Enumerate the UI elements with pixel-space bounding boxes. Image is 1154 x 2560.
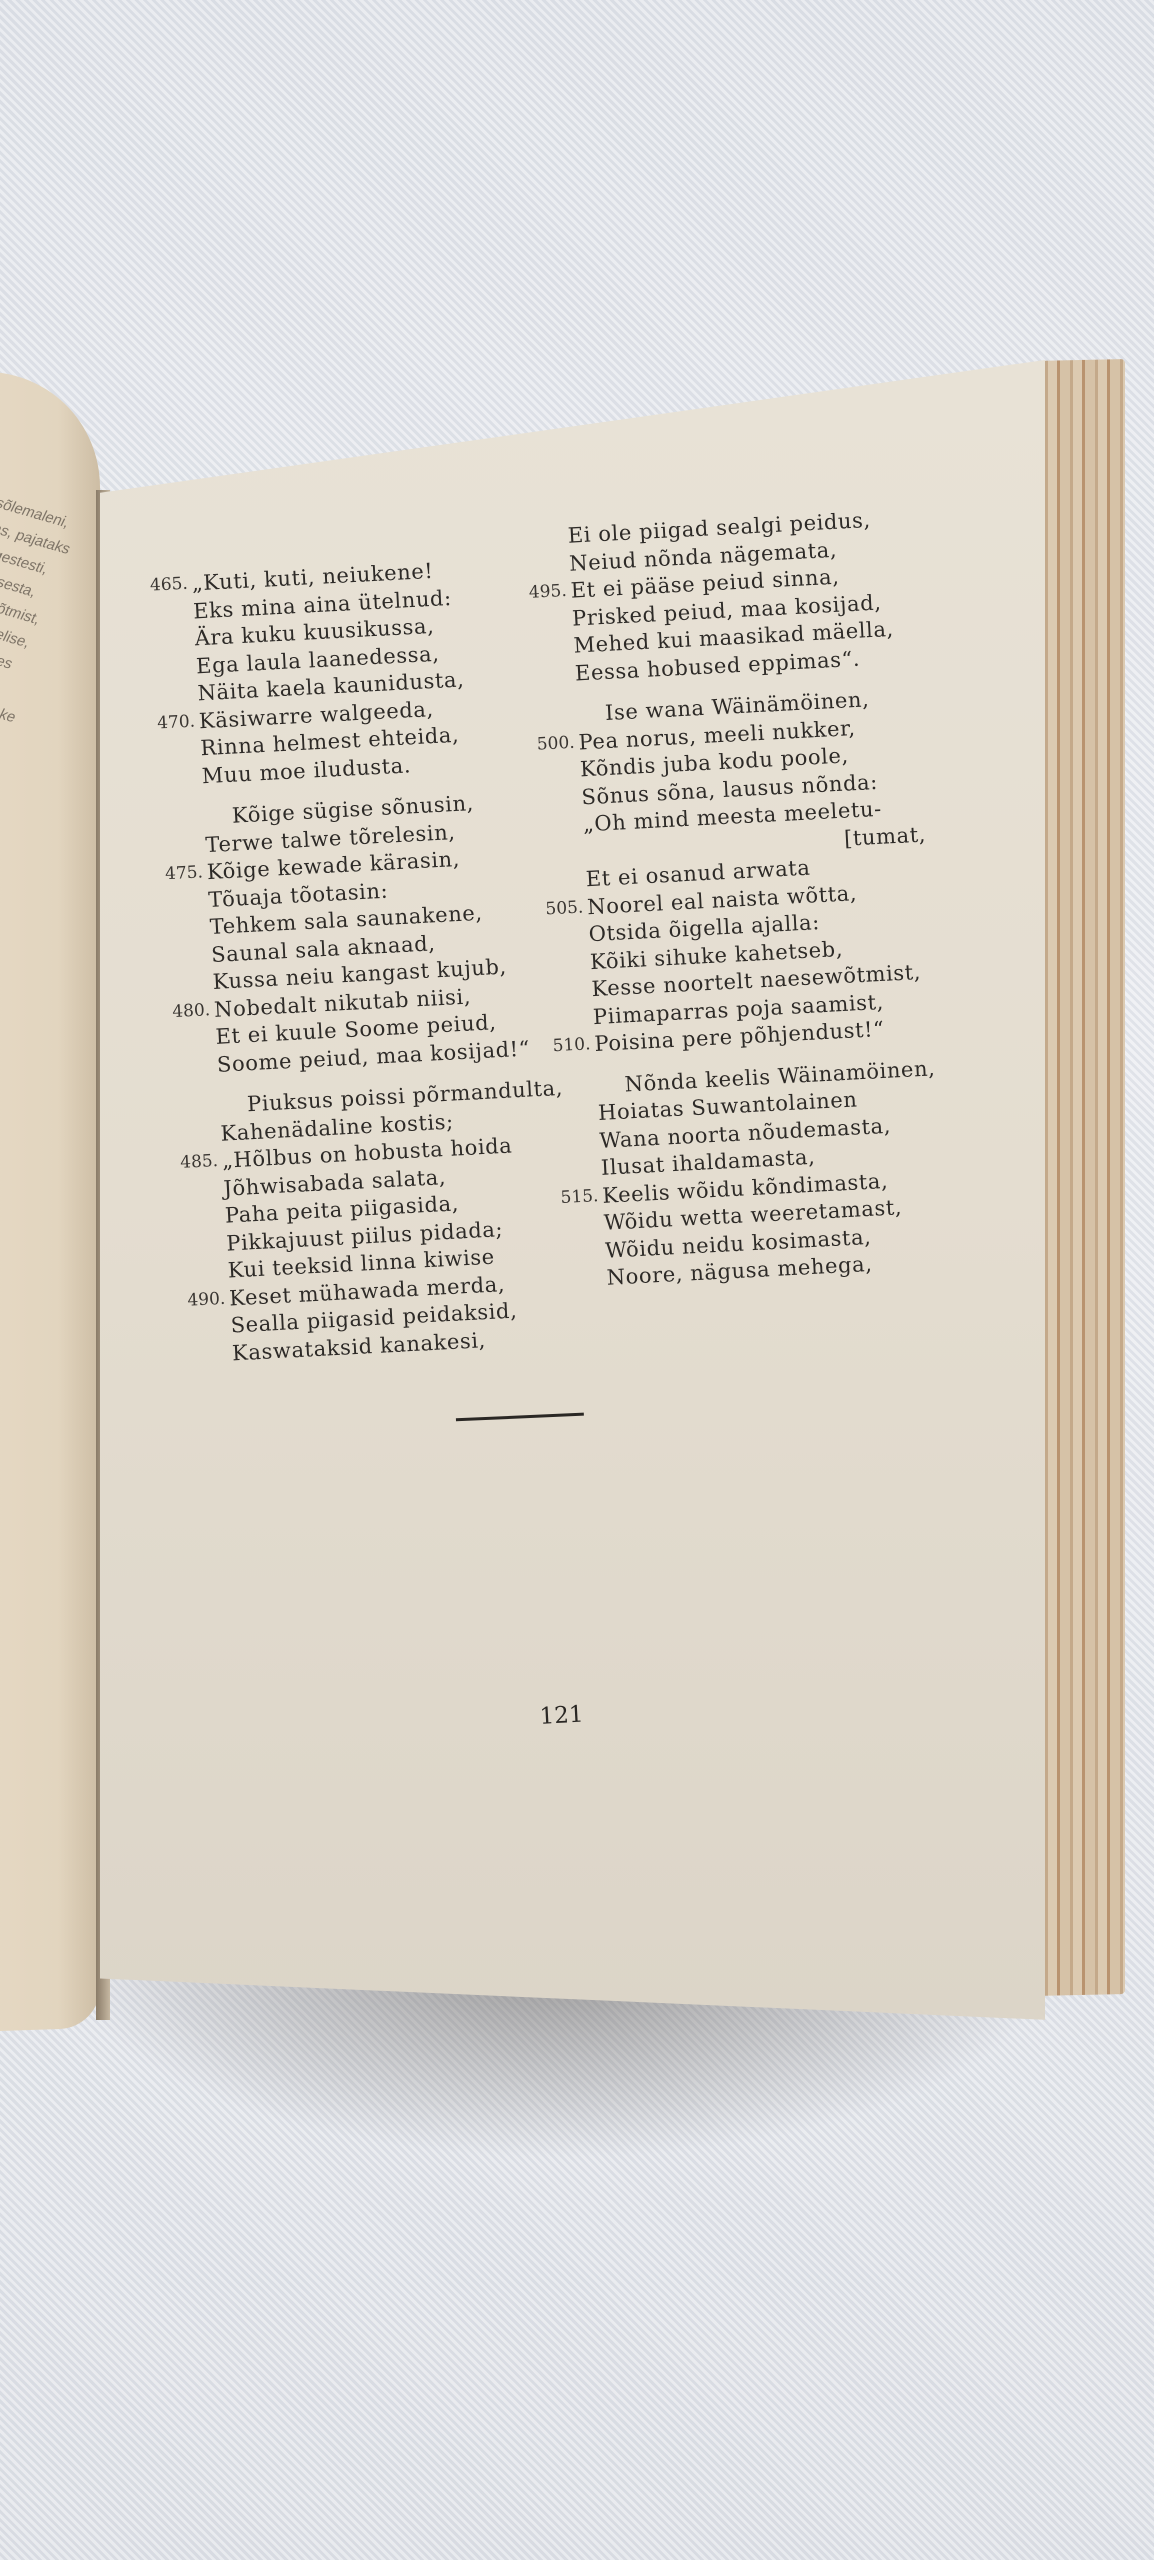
left-page-text: sõlemaleni,nas, pajatakskõrgestesti,kaun… — [0, 491, 100, 1492]
verse-number: 490. — [179, 1285, 226, 1315]
verse-number: 465. — [141, 571, 188, 601]
section-divider-rule — [456, 1413, 584, 1422]
left-page: sõlemaleni,nas, pajatakskõrgestesti,kaun… — [0, 368, 100, 2033]
verse-number: 500. — [528, 729, 575, 759]
verse-number: 480. — [164, 997, 211, 1027]
verse-text: [tumat, — [843, 822, 926, 850]
poem-column-left: 465.„Kuti, kuti, neiukene!Eks mina aina … — [191, 550, 632, 1368]
verse-number: 515. — [552, 1183, 599, 1213]
verse-number: 475. — [156, 859, 203, 889]
page-number: 121 — [539, 1702, 584, 1730]
right-page: 465.„Kuti, kuti, neiukene!Eks mina aina … — [100, 360, 1045, 2020]
verse-number: 495. — [520, 578, 567, 608]
verse-number: 505. — [537, 894, 584, 924]
verse-number: 485. — [171, 1148, 218, 1178]
verse-number: 510. — [544, 1031, 591, 1061]
poem-column-right: Ei ole piigad sealgi peidus,Neiud nõnda … — [567, 501, 1027, 1292]
verse-number: 470. — [148, 708, 195, 738]
page-content: 465.„Kuti, kuti, neiukene!Eks mina aina … — [100, 311, 1131, 2018]
